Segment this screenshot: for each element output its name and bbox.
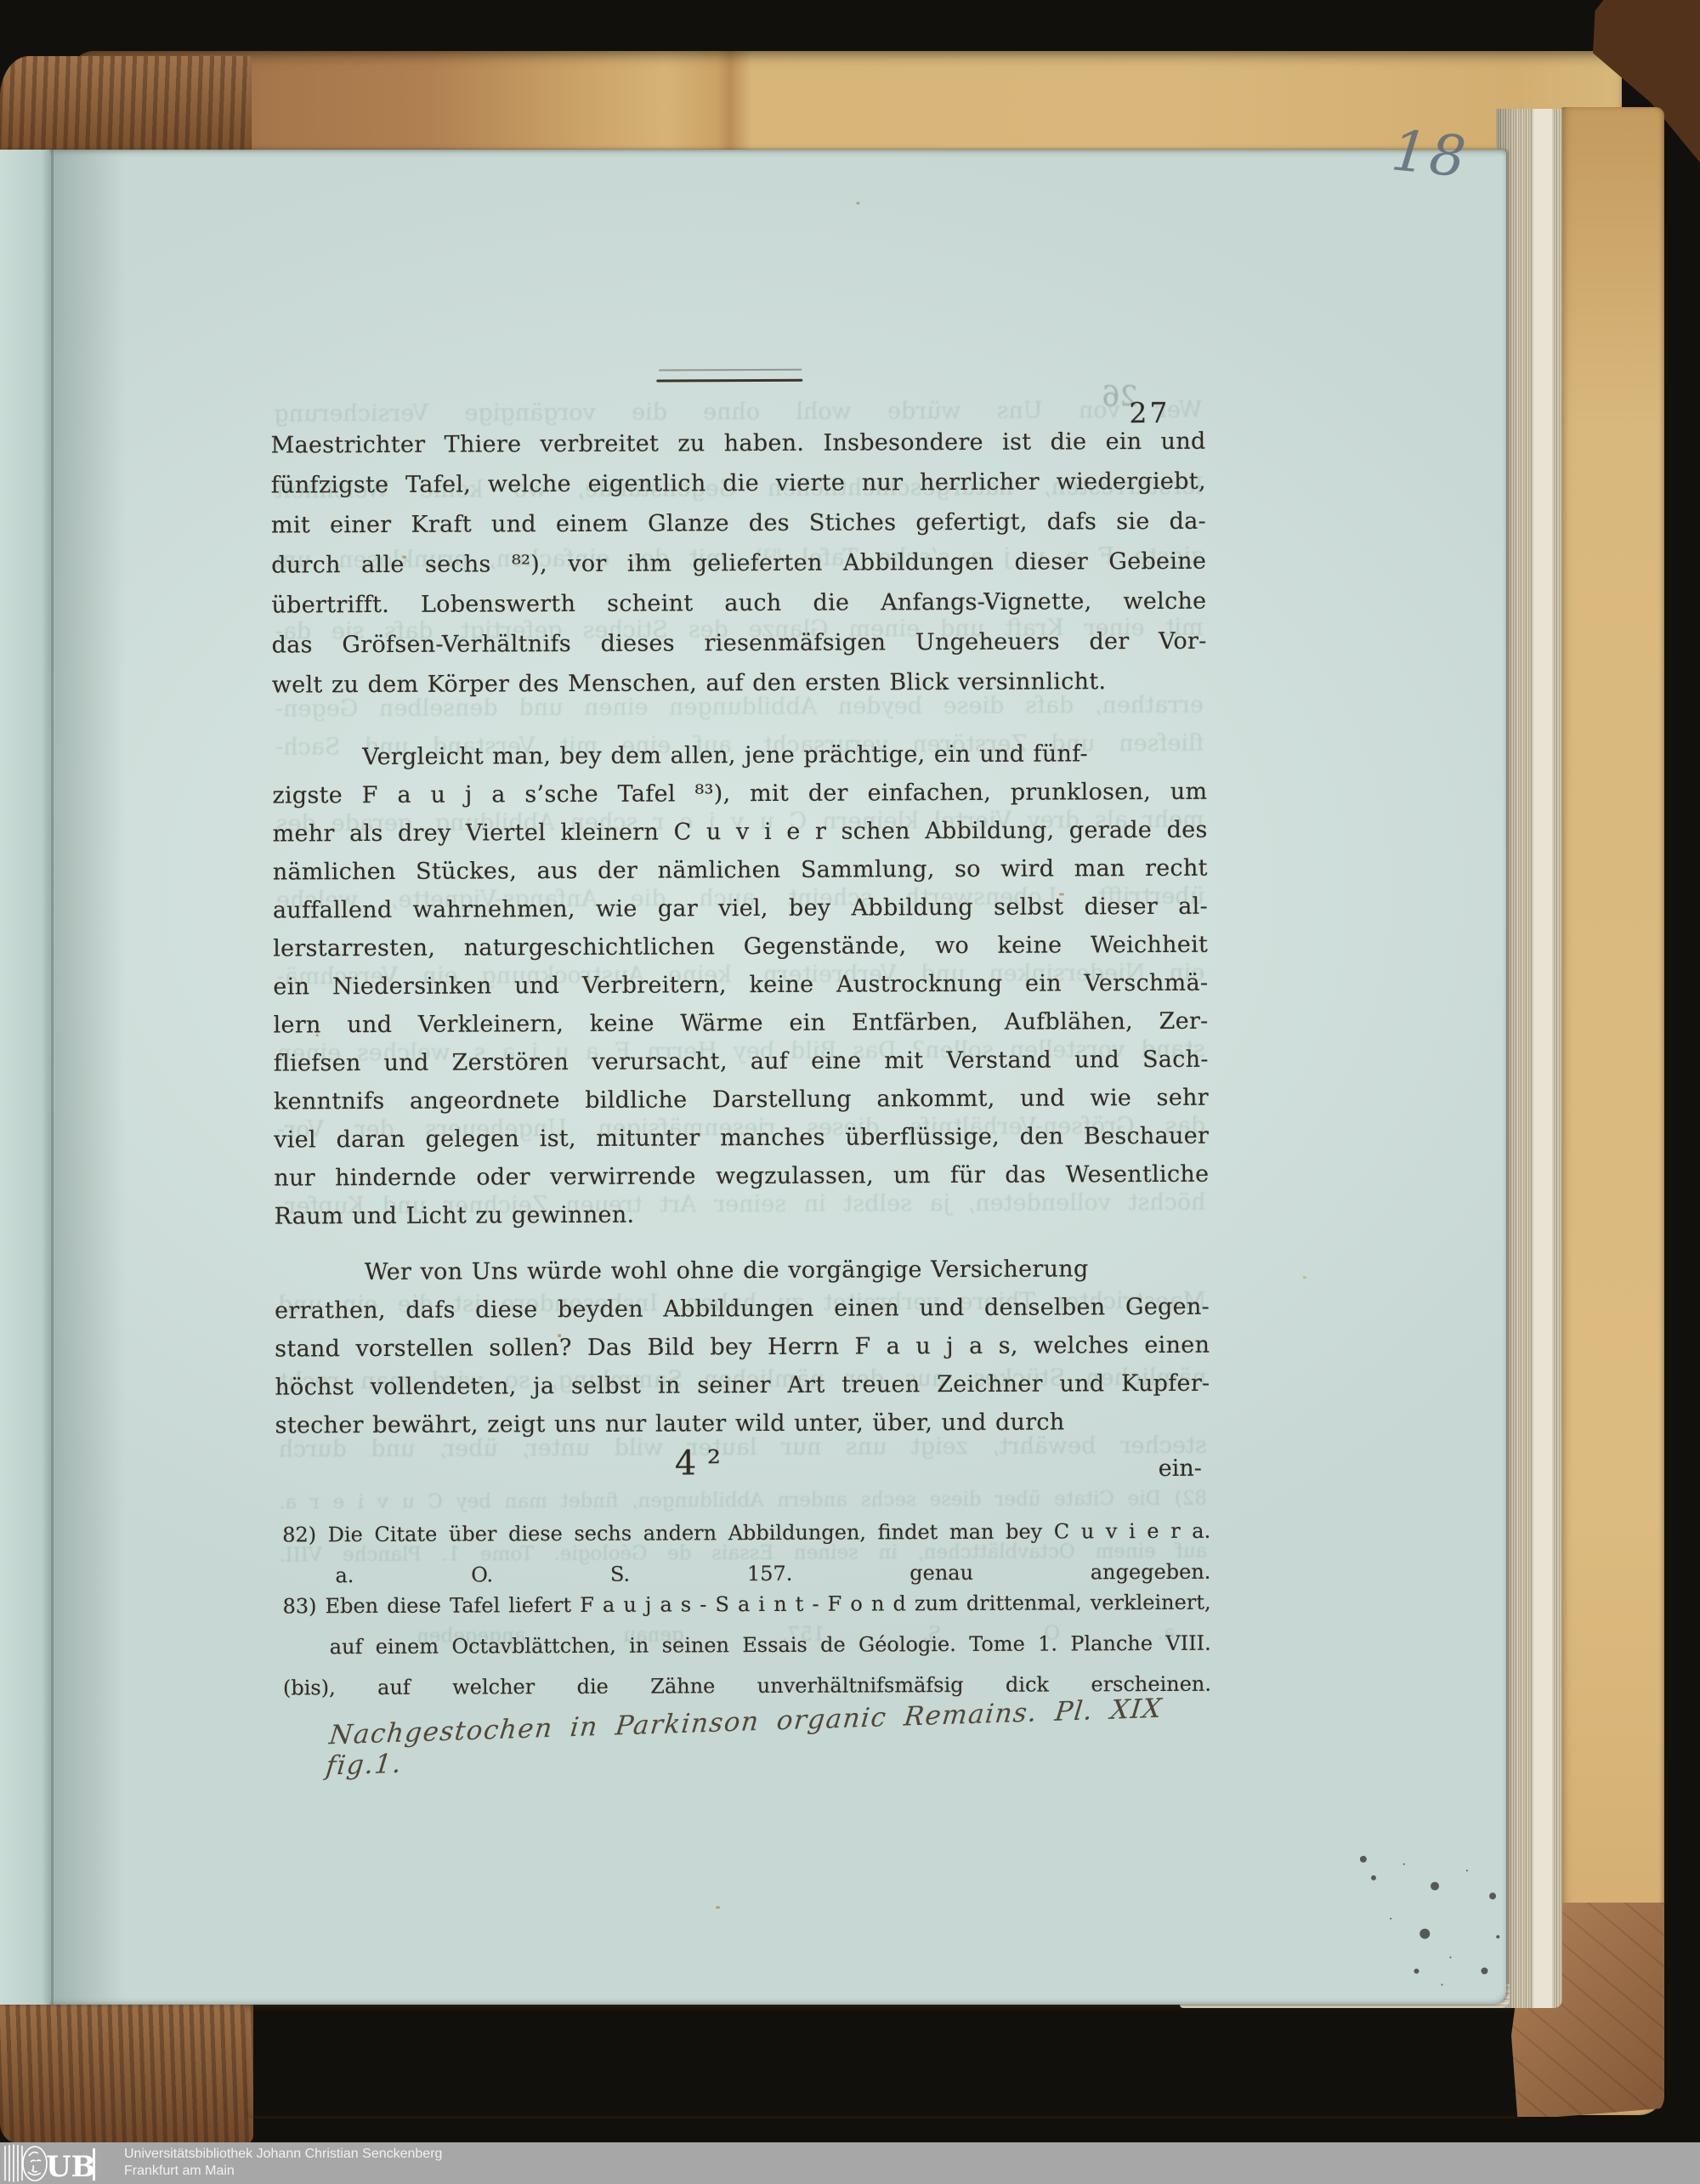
paper-speck xyxy=(316,1034,319,1036)
footer-bar: UB Universitätsbibliothek Johann Christi… xyxy=(0,2142,1700,2184)
text-line: auffallend wahrnehmen, wie gar viel, bey… xyxy=(273,893,1208,926)
paper-speck xyxy=(856,202,859,205)
paper-speck xyxy=(558,1334,561,1337)
text-line: Wer von Uns würde wohl ohne die vorgängi… xyxy=(275,1255,1210,1288)
ub-logo-abbr: UB xyxy=(46,2150,95,2183)
paragraph-1: Maestrichter Thiere verbreitet zu haben.… xyxy=(0,0,1695,3)
verso-bleedthrough-line: 82) Die Citate über diese sechs andern A… xyxy=(279,1484,1207,1517)
paper-speck xyxy=(716,1906,720,1909)
text-line: zigste F a u j a s’sche Tafel ⁸³), mit d… xyxy=(272,778,1207,811)
text-line: stecher bewährt, zeigt uns nur lauter wi… xyxy=(275,1408,1210,1441)
text-line: mit einer Kraft und einem Glanze des Sti… xyxy=(271,508,1206,541)
text-line: das Gröfsen-Verhältnifs dieses riesenmäf… xyxy=(272,627,1207,661)
text-line: ein Niedersinken und Verbreitern, keine … xyxy=(273,969,1208,1002)
footer-library-name: Universitätsbibliothek Johann Christian … xyxy=(124,2146,442,2180)
text-line: nämlichen Stückes, aus der nämlichen Sam… xyxy=(273,854,1208,888)
text-line: errathen, dafs diese beyden Abbildungen … xyxy=(275,1293,1210,1326)
footnote-line: 83) Eben diese Tafel liefert F a u j a s… xyxy=(283,1590,1211,1620)
footer-line2: Frankfurt am Main xyxy=(124,2163,442,2180)
ub-logo-icon: UB xyxy=(3,2143,113,2183)
text-line: Vergleicht man, bey dem allen, jene präc… xyxy=(272,740,1207,773)
footnote-line: 82) Die Citate über diese sechs andern A… xyxy=(282,1518,1210,1548)
signature-mark: 4 ² xyxy=(675,1444,721,1483)
footnote-82: 82) Die Citate über diese sechs andern A… xyxy=(0,0,1695,3)
handwritten-note: Nachgestochen in Parkinson organic Remai… xyxy=(325,1690,1257,1781)
footnote-line: a. O. S. 157. genau angegeben. xyxy=(335,1559,1210,1588)
paragraph-2: Vergleicht man, bey dem allen, jene präc… xyxy=(0,0,1695,3)
text-line: viel daran gelegen ist, mitunter manches… xyxy=(274,1122,1209,1155)
page-content: Wer von Uns würde wohl ohne die vorgängi… xyxy=(0,0,1700,2184)
paragraph-3: Wer von Uns würde wohl ohne die vorgängi… xyxy=(0,0,1695,3)
text-line: fliefsen und Zerstören verursacht, auf e… xyxy=(274,1046,1209,1079)
text-line: durch alle sechs ⁸²), vor ihm gelieferte… xyxy=(271,547,1206,581)
book-scan: Wer von Uns würde wohl ohne die vorgängi… xyxy=(0,0,1700,2184)
folio-number-pencil: 18 xyxy=(1388,117,1470,190)
text-line: lern und Verkleinern, keine Wärme ein En… xyxy=(274,1007,1209,1041)
text-line: lerstarresten, naturgeschichtlichen Gege… xyxy=(273,931,1208,964)
footer-line1: Universitätsbibliothek Johann Christian … xyxy=(124,2146,442,2163)
footnote-line: auf einem Octavblättchen, in seinen Essa… xyxy=(330,1631,1211,1660)
text-line: welt zu dem Körper des Menschen, auf den… xyxy=(272,667,1207,701)
catchword: ein- xyxy=(1090,1455,1202,1483)
text-line: höchst vollendeten, ja selbst in seiner … xyxy=(275,1370,1210,1403)
text-line: fünfzigste Tafel, welche eigentlich die … xyxy=(271,468,1206,501)
text-line: mehr als drey Viertel kleinern C u v i e… xyxy=(273,816,1208,849)
text-line: kenntnifs angeordnete bildliche Darstell… xyxy=(274,1084,1209,1117)
header-rule-thick xyxy=(656,379,802,383)
verso-bleedthrough-line: Wer von Uns würde wohl ohne die vorgängi… xyxy=(274,396,1202,429)
text-line: Raum und Licht zu gewinnen. xyxy=(274,1199,1209,1232)
page-number: 27 xyxy=(1129,396,1170,429)
text-line: stand vorstellen sollen? Das Bild bey He… xyxy=(275,1331,1210,1364)
text-line: Maestrichter Thiere verbreitet zu haben.… xyxy=(271,428,1206,461)
ink-stain-cluster xyxy=(1360,1856,1367,1863)
paper-speck xyxy=(402,556,406,559)
header-rule-thin xyxy=(659,369,802,372)
text-line: nur hindernde oder verwirrende wegzulass… xyxy=(274,1160,1209,1194)
text-line: übertrifft. Lobenswerth scheint auch die… xyxy=(271,587,1206,621)
footnote-83: 83) Eben diese Tafel liefert F a u j a s… xyxy=(0,0,1695,3)
paper-speck xyxy=(1303,1276,1306,1279)
paper-speck xyxy=(1059,893,1064,895)
